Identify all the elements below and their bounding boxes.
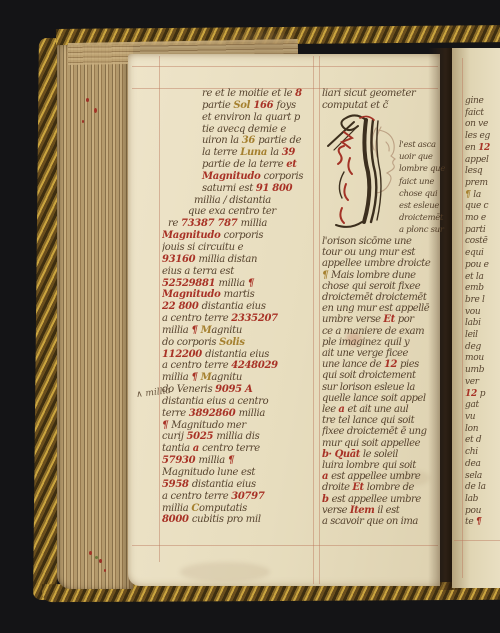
manuscript-line: ver (465, 377, 500, 389)
manuscript-line: partie Sol 166 foys (162, 100, 314, 112)
manuscript-line: appellee umbre droicte (322, 258, 440, 269)
manuscript-line: do corporis Solis (162, 337, 314, 349)
manuscript-line: re et le moitie et le 8 (162, 88, 314, 100)
manuscript-line: 93160 millia distan (162, 254, 314, 266)
manuscript-line: ¶ Mais lombre dune (322, 270, 440, 281)
marginal-note-mark: ∧ (136, 389, 144, 400)
manuscript-line: sela (465, 471, 500, 483)
manuscript-line: gat (465, 400, 500, 412)
ruling-line (462, 58, 463, 578)
manuscript-line: ¶ la (465, 190, 500, 202)
manuscript-line: re 73387 787 millia (162, 218, 314, 230)
manuscript-line: millia / distantia (162, 195, 314, 207)
page-fore-edge-left (57, 45, 133, 589)
manuscript-line: lon (465, 424, 500, 436)
ruling-line (132, 545, 438, 546)
manuscript-line: lesq (465, 166, 500, 178)
fore-edge-speckle (99, 559, 102, 563)
manuscript-line: lee a et ait une aul (322, 404, 440, 415)
manuscript-line: la terre Luna la 39 (162, 147, 314, 159)
manuscript-line: 57930 millia ¶ (162, 455, 314, 467)
manuscript-line: labi (465, 318, 500, 330)
manuscript-line: millia ¶ Magnitu (162, 372, 314, 384)
manuscript-line: luira lombre qui soit (322, 460, 440, 471)
manuscript-line: 112200 distantia eius (162, 349, 314, 361)
manuscript-line: mou (465, 353, 500, 365)
text-column-left: re et le moitie et le 8partie Sol 166 fo… (162, 88, 314, 532)
fore-edge-speckle (104, 569, 106, 572)
manuscript-line: tie avecq demie e (162, 124, 314, 136)
manuscript-line: a centro terre 30797 (162, 491, 314, 503)
manuscript-line: a centro terre 2335207 (162, 313, 314, 325)
manuscript-line: te ¶ (465, 517, 500, 529)
manuscript-line: lab (465, 494, 500, 506)
manuscript-line: 12 p (465, 389, 500, 401)
manuscript-line: tantia a centro terre (162, 443, 314, 455)
manuscript-line: 22 800 distantia eius (162, 301, 314, 313)
manuscript-line: eius a terra est (162, 266, 314, 278)
manuscript-line: Magnitudo martis (162, 289, 314, 301)
manuscript-line: en ung mur est appellē (322, 303, 440, 314)
manuscript-line: curij 5025 millia dis (162, 431, 314, 443)
manuscript-line: costē (465, 236, 500, 248)
manuscript-line: droictemēt droictemēt (322, 292, 440, 303)
fore-edge-speckle (94, 108, 97, 113)
manuscript-line: appel (465, 155, 500, 167)
manuscript-line: Magnitudo corporis (162, 171, 314, 183)
manuscript-line: on ve (465, 119, 500, 131)
fore-edge-speckle (86, 98, 89, 102)
manuscript-line: 52529881 millia ¶ (162, 278, 314, 290)
manuscript-photo: ∧ millia re et le moitie et le 8partie S… (0, 0, 500, 633)
manuscript-line: gine (465, 96, 500, 108)
ruling-line (159, 56, 160, 562)
manuscript-line: Magnitudo lune est (162, 467, 314, 479)
manuscript-line: l'orison sicōme une (322, 236, 440, 247)
manuscript-line: les eg (465, 131, 500, 143)
fore-edge-speckle (89, 551, 92, 555)
manuscript-line: tour ou ung mur est (322, 247, 440, 258)
manuscript-line: chi (465, 447, 500, 459)
manuscript-line: ce a maniere de exam (322, 326, 440, 337)
manuscript-line: tre tel lance qui soit (322, 415, 440, 426)
manuscript-line: a est appellee umbre (322, 471, 440, 482)
manuscript-line: en 12 (465, 143, 500, 155)
manuscript-line: mo e (465, 213, 500, 225)
manuscript-line: prem (465, 178, 500, 190)
manuscript-line: 8000 cubitis pro mil (162, 514, 314, 526)
manuscript-line: sur lorison esleue la (322, 382, 440, 393)
manuscript-line: pou e (465, 260, 500, 272)
manuscript-line: deg (465, 342, 500, 354)
fore-edge-speckle (95, 556, 98, 559)
manuscript-line: do Veneris 9095 A (162, 384, 314, 396)
manuscript-line: une lance de 12 pies (322, 359, 440, 370)
manuscript-line: distantia eius a centro (162, 396, 314, 408)
manuscript-line: leil (465, 330, 500, 342)
facing-page-text-fragments: ginefaicton veles egen 12appellesqprem¶ … (465, 96, 500, 534)
manuscript-line: droite Et lombre de (322, 482, 440, 493)
manuscript-line: mur qui soit appellee (322, 438, 440, 449)
manuscript-line: liari sicut geometer (322, 88, 440, 100)
ruling-line (132, 66, 438, 67)
manuscript-line: millia ¶ Magnitu (162, 325, 314, 337)
manuscript-line: et environ la quart p (162, 112, 314, 124)
ruling-line (454, 540, 500, 541)
manuscript-line: b est appellee umbre (322, 494, 440, 505)
manuscript-line: de la (465, 482, 500, 494)
manuscript-line: umbre verse Et por (322, 314, 440, 325)
manuscript-line: qui soit droictement (322, 370, 440, 381)
manuscript-line: ple imaginez quil y (322, 337, 440, 348)
manuscript-line: jouis si circuitu e (162, 242, 314, 254)
manuscript-line: bre l (465, 295, 500, 307)
manuscript-line: vou (465, 307, 500, 319)
manuscript-line: Magnitudo corporis (162, 230, 314, 242)
manuscript-line: saturni est 91 800 (162, 183, 314, 195)
manuscript-line: que c (465, 201, 500, 213)
text-column-right-top: liari sicut geometercomputat et c̃ (322, 88, 440, 112)
manuscript-line: dea (465, 459, 500, 471)
manuscript-line: emb (465, 283, 500, 295)
manuscript-line: quelle lance soit appel (322, 393, 440, 404)
manuscript-line: et d (465, 435, 500, 447)
manuscript-line: umb (465, 365, 500, 377)
manuscript-line: 5958 distantia eius (162, 479, 314, 491)
fore-edge-speckle (82, 120, 84, 123)
parchment-stain (225, 32, 295, 50)
manuscript-line: et la (465, 272, 500, 284)
manuscript-line: verse Item il est (322, 505, 440, 516)
manuscript-line: pou (465, 506, 500, 518)
manuscript-line: a centro terre 4248029 (162, 360, 314, 372)
text-column-right-main: l'orison sicōme unetour ou ung mur estap… (322, 236, 440, 533)
parchment-stain (180, 562, 270, 582)
manuscript-line: millia Computatis (162, 503, 314, 515)
manuscript-line: computat et c̃ (322, 100, 440, 112)
manuscript-line: que exa centro ter (162, 206, 314, 218)
manuscript-line: vu (465, 412, 500, 424)
manuscript-line: chose qui seroit fixee (322, 281, 440, 292)
manuscript-line: uiron la 36 partie de (162, 135, 314, 147)
manuscript-line: ait une verge ficee (322, 348, 440, 359)
manuscript-line: terre 3892860 millia (162, 408, 314, 420)
manuscript-line: faict (465, 108, 500, 120)
manuscript-line: fixee droictemēt ē ung (322, 426, 440, 437)
manuscript-line: b· Quāt le soleil (322, 449, 440, 460)
manuscript-line: ¶ Magnitudo mer (162, 420, 314, 432)
manuscript-line: partie de la terre et (162, 159, 314, 171)
manuscript-line: a scavoir que on ima (322, 516, 440, 527)
decorated-initial (320, 112, 400, 232)
manuscript-line: parti (465, 225, 500, 237)
manuscript-line: equi (465, 248, 500, 260)
